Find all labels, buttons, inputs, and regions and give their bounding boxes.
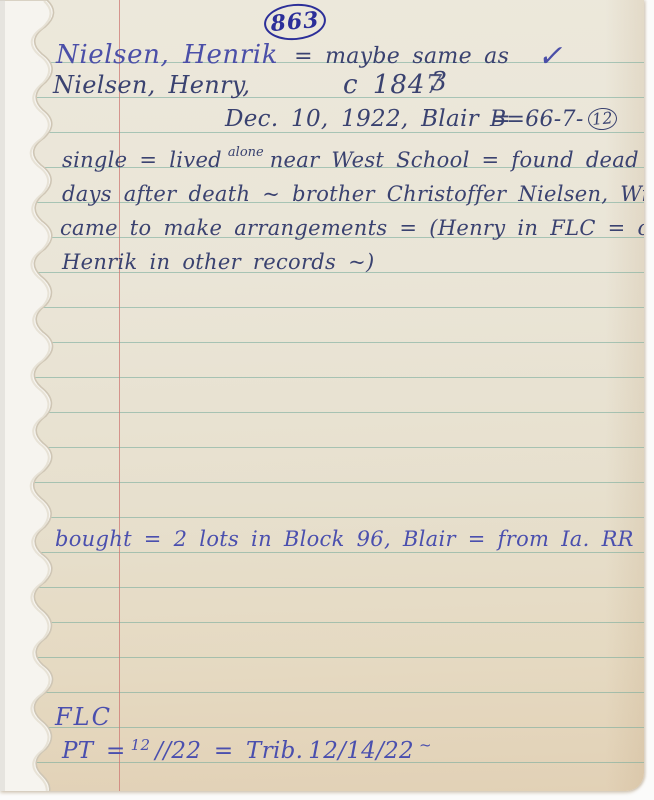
checkmark-icon: ✓: [537, 39, 562, 74]
land-purchase-line: bought = 2 lots in Block 96, Blair = fro…: [55, 527, 644, 551]
circa-prefix: c 184: [343, 70, 425, 100]
pt-prefix: PT =: [62, 738, 126, 764]
entry-header-line: Nielsen, Henrik = maybe same as ✓: [56, 36, 563, 71]
source-abbrev-flc: FLC: [55, 703, 112, 731]
pt-date: 12/14/22: [308, 738, 414, 764]
pt-superscript-month: 12: [131, 736, 151, 754]
margin-line: [119, 0, 120, 791]
pt-tail-mark: ~: [419, 736, 432, 754]
source-citation-pt: PT = 12 //22 = Trib. 12/14/22 ~: [62, 738, 432, 764]
maybe-same-note: = maybe same as: [294, 44, 509, 69]
entry-name-secondary: Nielsen, Henry,: [53, 71, 250, 99]
body-line-2: days after death ~ brother Christoffer N…: [62, 182, 644, 206]
body-line-1-start: single = lived: [62, 148, 222, 172]
entry-name-primary: Nielsen, Henrik: [56, 40, 278, 70]
land-purchase-text: bought = 2 lots in Block 96, Blair = fro…: [55, 527, 644, 551]
death-date-line: Dec. 10, 1922, Blair =: [225, 106, 511, 132]
birth-year-circa: c 18473: [343, 70, 443, 100]
pt-mid: //22 = Trib.: [155, 738, 303, 764]
page-number: 863: [269, 7, 320, 37]
circled-number: 12: [587, 107, 618, 131]
body-line-1: single = lived alone near West School = …: [62, 148, 644, 172]
overwritten-digit: 73: [425, 70, 443, 100]
body-line-3: came to make arrangements = (Henry in FL…: [60, 216, 644, 240]
body-line-4: Henrik in other records ~): [62, 250, 374, 274]
burial-register-ref: B=66-7- 12: [490, 107, 617, 132]
digit-corrected: 3: [430, 67, 448, 97]
register-code: B=66-7-: [490, 107, 584, 132]
body-line-1-end: near West School = found dead ca 2 or 3: [270, 148, 644, 172]
notebook-page: 863 Nielsen, Henrik = maybe same as ✓ Ni…: [0, 0, 644, 791]
inserted-word-above: alone: [228, 145, 264, 160]
